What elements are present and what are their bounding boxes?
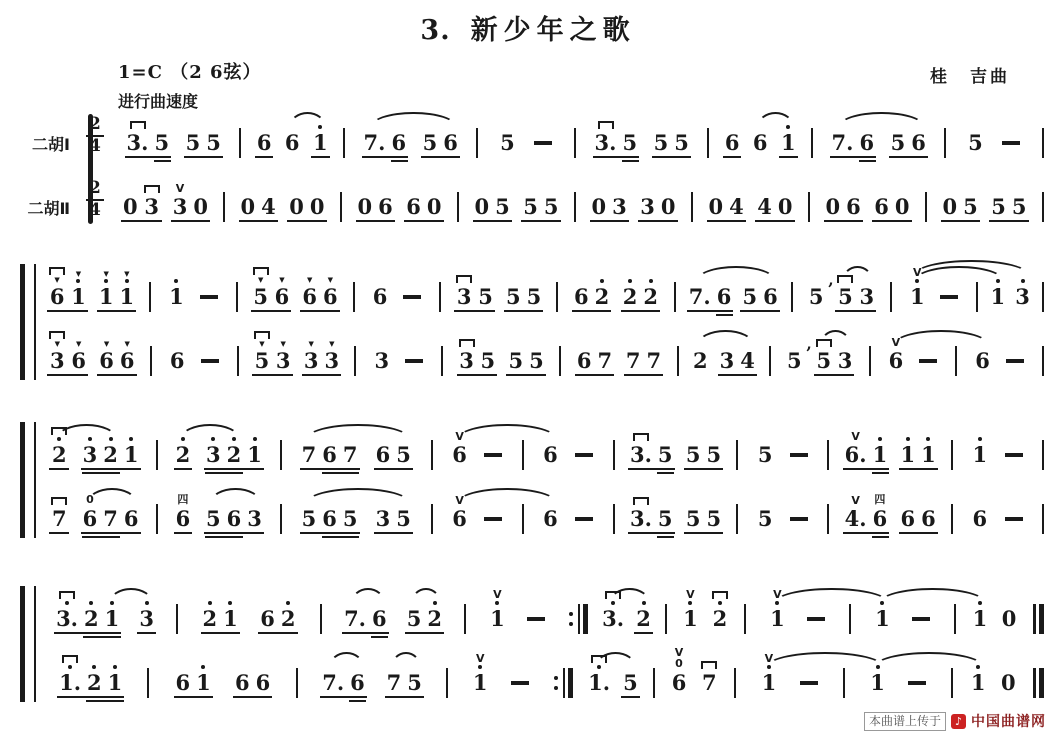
barline: [951, 440, 953, 470]
note-digit: 0: [427, 194, 442, 220]
staff-line: ▼6▼1▼1▼11▼5▼6▼6▼66355562227.6565’53V113: [8, 260, 1048, 324]
beam-group: 3.5: [626, 482, 677, 541]
beam: [755, 220, 794, 222]
staff-line: 二胡Ⅰ243.5556617.65653.5556617.6565: [8, 106, 1048, 170]
staff-line: ▼3▼6▼6▼66▼5▼3▼3▼33355567772345’53V66: [8, 324, 1048, 388]
barline: [736, 504, 738, 534]
beam-16th: [349, 700, 366, 702]
beam-group: [530, 106, 556, 165]
note: 1: [872, 582, 893, 641]
note: 6: [970, 482, 991, 541]
measure: 6: [961, 324, 1038, 383]
octave-dot: [433, 601, 437, 605]
note-digit: 1: [124, 442, 139, 468]
note-digit: 4: [757, 194, 772, 220]
rest-note: 0: [998, 646, 1019, 705]
note-digit: 6: [889, 348, 904, 374]
duration-dash: [790, 453, 808, 457]
beam-group: 2: [689, 324, 712, 383]
beam: [137, 632, 156, 634]
barline: [736, 440, 738, 470]
note-digit: 6: [227, 506, 242, 532]
down-bow-icon: [633, 497, 649, 505]
barline: [677, 346, 679, 376]
beam-group: [399, 260, 425, 319]
note: 1: [166, 260, 187, 319]
note: 1: [987, 260, 1008, 319]
barline: [613, 440, 615, 470]
barline: [674, 282, 676, 312]
measure: 3.555: [580, 106, 703, 165]
note-digit: 2: [52, 442, 67, 468]
measure: 6: [156, 324, 233, 383]
note-digit: 5: [658, 506, 673, 532]
beam-group: 30: [636, 170, 679, 229]
barline: [354, 346, 356, 376]
note-digit: 6: [873, 506, 888, 532]
beam: [824, 220, 863, 222]
note: 5: [965, 106, 986, 165]
staccato-icon: ▼: [258, 276, 263, 284]
beam: [174, 532, 193, 534]
note: 5’: [806, 260, 827, 319]
beam-group: V6: [885, 324, 908, 383]
staff-line: 1.2161667.675V11.5V067V1110: [8, 646, 1048, 710]
note-marks: [633, 482, 649, 506]
beam-group: 22: [619, 260, 662, 319]
beam-group: 34: [716, 324, 759, 383]
note-marks: 四: [874, 482, 885, 506]
beam: [174, 696, 213, 698]
measure: 1: [855, 582, 950, 641]
note-digit: 6: [275, 284, 290, 310]
note-marks: ▼: [308, 324, 313, 348]
duration-dash: [940, 295, 958, 299]
beam: [184, 156, 223, 158]
beam-group: 1: [777, 106, 800, 165]
beam-group: 55: [504, 324, 547, 383]
note: 1: [970, 418, 991, 477]
measure: 0660: [814, 170, 921, 229]
note-digit: 6: [323, 284, 338, 310]
dash: [937, 260, 961, 319]
measure: 5: [742, 482, 823, 541]
staccato-icon: ▼: [307, 276, 312, 284]
dash: [481, 482, 505, 541]
note-digit: 3: [173, 194, 188, 220]
note-digit: 3: [1015, 284, 1030, 310]
down-bow-icon: [144, 185, 160, 193]
beam-group: 7.6: [340, 582, 391, 641]
barline: [955, 346, 957, 376]
beam-16th: [657, 472, 674, 474]
beam-16th: [83, 636, 121, 638]
beam: [634, 632, 653, 634]
note-digit: 5: [500, 130, 515, 156]
up-bow-icon: V: [493, 589, 502, 600]
note-digit: 6: [391, 130, 406, 156]
note-digit: 1: [247, 442, 262, 468]
repeat-end-barline: [569, 604, 588, 634]
barline: [574, 128, 576, 158]
beam-group: [480, 418, 506, 477]
beam: [320, 696, 367, 698]
measure: 四6563: [162, 482, 276, 541]
note-digit: 6: [378, 194, 393, 220]
beam-group: 1: [969, 582, 992, 641]
note-digit: 3: [276, 348, 291, 374]
staff-line: 二胡Ⅱ2403V300400066005550330044006600555: [8, 170, 1048, 234]
note-digit: 5: [706, 442, 721, 468]
note-digit: 6: [672, 670, 687, 696]
beam-group: 11: [897, 418, 940, 477]
note-digit: 5: [544, 194, 559, 220]
beam: [899, 532, 938, 534]
staccato-icon: ▼: [124, 270, 129, 278]
beam: [638, 220, 677, 222]
dash: [572, 418, 596, 477]
beam: [204, 468, 264, 470]
duration-dash: [575, 453, 593, 457]
note-marks: [633, 418, 649, 442]
system-3: 2321232176765V663.5555V6.111170676四65635…: [8, 418, 1048, 546]
beam-group: 03: [119, 170, 164, 229]
note-digit: 6: [71, 348, 86, 374]
barline: [691, 192, 693, 222]
note-digit: 6: [376, 442, 391, 468]
fingering-label: 0: [675, 658, 683, 670]
note-digit: 0: [310, 194, 325, 220]
beam-group: ▼1▼1: [95, 260, 138, 319]
note: 5: [497, 106, 518, 165]
beam-group: 0: [997, 646, 1020, 705]
barline: [156, 440, 158, 470]
note-digit: 5: [527, 284, 542, 310]
breath-mark: ’: [806, 341, 812, 367]
watermark-site-link[interactable]: 中国曲谱网: [971, 711, 1046, 731]
note-digit: 4: [740, 348, 755, 374]
beam-group: 5’: [783, 324, 806, 383]
note-marks: [110, 582, 114, 606]
duration-dash: [912, 617, 930, 621]
octave-dot: [767, 665, 771, 669]
barline: [340, 192, 342, 222]
note-digit: 7.: [344, 606, 366, 632]
note-digit: 1: [169, 284, 184, 310]
measure: 3.555: [112, 106, 235, 165]
note-digit: 2: [281, 606, 296, 632]
note-digit: 5: [742, 284, 757, 310]
duration-dash: [511, 681, 529, 685]
barline: [556, 282, 558, 312]
score-meta: 1=C （2 6弦） 进行曲速度: [118, 58, 262, 112]
note-digit: 5: [1012, 194, 1027, 220]
beam: [830, 156, 877, 158]
note-marks: [129, 418, 133, 442]
note: 3.: [599, 582, 627, 641]
beam-16th: [154, 160, 171, 162]
note-marks: [228, 582, 232, 606]
note-digit: 0: [778, 194, 793, 220]
down-bow-icon: [605, 591, 621, 599]
note-digit: 5: [654, 130, 669, 156]
note-digit: 6: [50, 284, 65, 310]
note-marks: ▼: [328, 260, 333, 284]
beam: [97, 310, 136, 312]
beam: [300, 532, 360, 534]
beam-group: 3.5: [591, 106, 642, 165]
beam-group: 6: [721, 106, 744, 165]
note-digit: 1: [971, 670, 986, 696]
beam: [621, 310, 660, 312]
beam: [81, 468, 141, 470]
note-digit: 1: [196, 670, 211, 696]
measure: V1: [740, 646, 839, 705]
barline: [431, 504, 433, 534]
staccato-icon: ▼: [76, 340, 81, 348]
measure: 3.555: [619, 418, 733, 477]
note: V6: [449, 482, 470, 541]
measure: 56535: [286, 482, 427, 541]
measure: 234: [683, 324, 765, 383]
measure: 7.652: [326, 582, 460, 641]
note-digit: 5: [758, 442, 773, 468]
note-digit: 6: [846, 194, 861, 220]
octave-dot: [232, 437, 236, 441]
octave-dot: [174, 279, 178, 283]
note-digit: 7: [103, 506, 118, 532]
beam-group: 321: [79, 418, 143, 477]
beam-group: 3: [1011, 260, 1034, 319]
beam: [255, 156, 274, 158]
beam-group: 3: [371, 324, 394, 383]
note-digit: 2: [427, 606, 442, 632]
note: V1: [680, 582, 701, 641]
beam: [684, 532, 723, 534]
octave-dot: [211, 437, 215, 441]
measure: 7.656: [349, 106, 472, 165]
beam: [575, 374, 614, 376]
measure: 3.213: [38, 582, 172, 641]
note-digit: 3: [376, 506, 391, 532]
rest-note: 0: [999, 582, 1020, 641]
beam-group: 四6: [172, 482, 195, 541]
note-marks: ▼: [279, 260, 284, 284]
octave-dot: [976, 665, 980, 669]
beam-group: 52: [403, 582, 446, 641]
barline: [944, 128, 946, 158]
note-marks: V: [476, 646, 485, 670]
note-digit: 3: [720, 348, 735, 374]
barline: [734, 668, 736, 698]
measure: ▼5▼6▼6▼6: [242, 260, 349, 319]
beam-16th: [859, 160, 876, 162]
note-marks: ▼: [49, 260, 65, 284]
note-digit: 6: [859, 130, 874, 156]
notes-row: 03V300400066005550330044006600555: [112, 170, 1048, 229]
octave-dot: [628, 279, 632, 283]
beam: [590, 220, 629, 222]
note-digit: 5: [706, 506, 721, 532]
note-digit: 5: [523, 194, 538, 220]
dash: [1003, 324, 1027, 383]
note-marks: [876, 646, 880, 670]
beam-16th: [322, 472, 359, 474]
dash: [508, 646, 532, 705]
note: 2: [690, 324, 711, 383]
beam-group: 7.6: [828, 106, 879, 165]
notes-row: 3.5556617.65653.5556617.6565: [112, 106, 1048, 165]
beam-group: 40: [753, 170, 796, 229]
down-bow-icon: [253, 267, 269, 275]
note-marks: [113, 646, 117, 670]
note-marks: [201, 646, 205, 670]
measure: 6222: [562, 260, 669, 319]
up-bow-icon: V: [455, 431, 464, 442]
beam-group: 6: [369, 260, 392, 319]
beam-group: V1: [679, 582, 702, 641]
barline: [343, 128, 345, 158]
beam-group: 35: [452, 260, 497, 319]
beam-group: 3.21: [52, 582, 123, 641]
beam: [300, 310, 339, 312]
octave-dot: [478, 665, 482, 669]
beam: [624, 374, 663, 376]
measure: 7.656: [680, 260, 787, 319]
time-signature-top: 2: [86, 180, 104, 201]
barline: [827, 440, 829, 470]
system-2: ▼6▼1▼1▼11▼5▼6▼6▼66355562227.6565’53V113▼…: [8, 260, 1048, 388]
note-marks: [456, 260, 472, 284]
note-marks: [59, 582, 75, 606]
measure: ▼6▼1▼1▼1: [38, 260, 145, 319]
note-marks: V: [686, 582, 695, 606]
note-digit: 7: [626, 348, 641, 374]
beam-group: V1: [758, 646, 781, 705]
note-marks: ▼: [329, 324, 334, 348]
note-digit: 0: [826, 194, 841, 220]
beam: [707, 220, 746, 222]
note-marks: ▼: [281, 324, 286, 348]
note-digit: 5: [423, 130, 438, 156]
note-digit: 7: [52, 506, 67, 532]
note-digit: 6.: [845, 442, 867, 468]
note-marks: V: [176, 170, 185, 194]
beam: [506, 374, 545, 376]
measure: V12: [671, 582, 740, 641]
octave-dot: [597, 665, 601, 669]
octave-dot: [104, 279, 108, 283]
beam: [621, 696, 640, 698]
dash: [916, 324, 940, 383]
beam-group: 35: [455, 324, 500, 383]
beam-group: 56: [419, 106, 462, 165]
note-digit: 7: [597, 348, 612, 374]
staff-line: 2321232176765V663.5555V6.1111: [8, 418, 1048, 482]
down-bow-icon: [701, 661, 717, 669]
staccato-icon: ▼: [279, 276, 284, 284]
barline: [951, 504, 953, 534]
note-marks: [433, 582, 437, 606]
note-digit: 5: [407, 606, 422, 632]
note-digit: 2: [87, 670, 102, 696]
note-marks: ▼: [253, 260, 269, 284]
beam-group: 6: [749, 106, 772, 165]
beam: [421, 156, 460, 158]
octave-dot: [649, 279, 653, 283]
beam-16th: [657, 536, 674, 538]
octave-dot: [129, 437, 133, 441]
note-marks: [145, 582, 149, 606]
note-digit: 6: [176, 506, 191, 532]
barline: [744, 604, 746, 634]
note-digit: 1: [873, 442, 888, 468]
notes-row: ▼6▼1▼1▼11▼5▼6▼6▼66355562227.6565’53V113: [38, 260, 1048, 319]
octave-dot: [786, 125, 790, 129]
note-digit: 6: [406, 194, 421, 220]
note-marks: 四: [177, 482, 188, 506]
beam-group: 2: [47, 418, 71, 477]
beam: [97, 374, 136, 376]
beam-group: [796, 646, 822, 705]
note: 1.: [585, 646, 613, 705]
note-digit: 6: [901, 506, 916, 532]
measure: 3.555: [619, 482, 733, 541]
note-marks: ▼: [124, 260, 129, 284]
barline: [951, 668, 953, 698]
beam-group: [197, 324, 223, 383]
measure: V6: [437, 418, 518, 477]
beam: [362, 156, 409, 158]
dash: [1002, 418, 1026, 477]
note-digit: 0: [592, 194, 607, 220]
note-marks: V: [913, 260, 922, 284]
octave-dot: [906, 437, 910, 441]
octave-dot: [68, 665, 72, 669]
barline: [665, 604, 667, 634]
measure: 03V30: [112, 170, 219, 229]
dash: [905, 646, 929, 705]
dash: [197, 260, 221, 319]
barline: [925, 192, 927, 222]
note-digit: 6: [350, 670, 365, 696]
measure: 6: [359, 260, 435, 319]
note-digit: 0: [943, 194, 958, 220]
note-digit: 5: [838, 284, 853, 310]
note-digit: 5: [206, 506, 221, 532]
sheet-music-page: 3.新少年之歌 1=C （2 6弦） 进行曲速度 桂 吉曲 二胡Ⅰ243.555…: [0, 0, 1056, 739]
measure: 2162: [182, 582, 316, 641]
beam-group: 1: [309, 106, 332, 165]
staccato-icon: ▼: [76, 270, 81, 278]
note-digit: 6: [170, 348, 185, 374]
notes-row: ▼3▼6▼6▼66▼5▼3▼3▼33355567772345’53V66: [38, 324, 1048, 383]
part-label: 二胡Ⅱ: [8, 196, 70, 220]
note: V1: [487, 582, 508, 641]
octave-dot: [688, 601, 692, 605]
staccato-icon: ▼: [54, 276, 59, 284]
note-marks: ▼: [49, 324, 65, 348]
dash: [524, 582, 548, 641]
note-digit: 6: [124, 506, 139, 532]
note-marks: [628, 260, 632, 284]
note-marks: [51, 482, 67, 506]
beam-group: V4.四6: [841, 482, 892, 541]
beam-group: [786, 482, 812, 541]
note-marks: [591, 646, 607, 670]
beam-group: 00: [285, 170, 328, 229]
note-marks: [318, 106, 322, 130]
